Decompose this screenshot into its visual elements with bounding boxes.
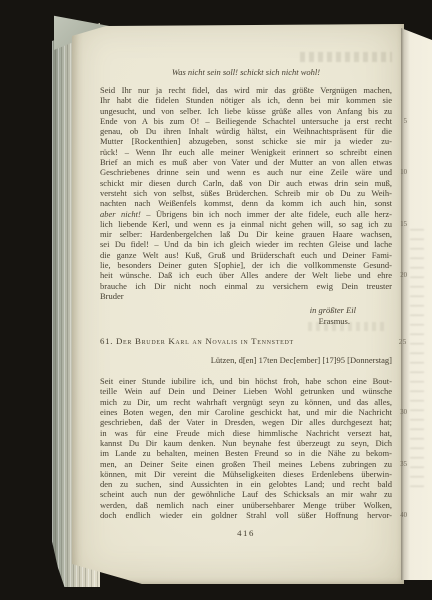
show-through-text-smudge <box>410 229 424 494</box>
text-line: Mutter [Rockenthien] abzugeben, sonst sc… <box>100 136 392 146</box>
text-line: den zu suchen, sind Aussichten in ein ge… <box>100 479 392 489</box>
line-italic-lead: aber nicht! <box>100 209 141 219</box>
line-text: rück! – Wenn Ihr euch alle meiner Wenigk… <box>100 147 392 157</box>
margin-line-number: 25 <box>399 337 407 348</box>
line-text: lie, besonders Deiner guten S[ophie], de… <box>100 260 392 270</box>
text-line: Ihr habt die fidelen Stunden nötiger als… <box>100 95 392 105</box>
line-text: eines Boten wegen, den mir Caroline gesc… <box>100 407 392 417</box>
line-text: Seit einer Stunde iubilire ich, und bin … <box>100 376 392 386</box>
line-text: schickt mir diesen durch Carln, daß von … <box>100 178 392 188</box>
margin-line-number: 10 <box>400 168 407 178</box>
text-line: scheint auch nun der gewöhnliche Lauf de… <box>100 489 392 499</box>
line-text: – Übrigens bin ich noch immer der alte f… <box>141 209 392 219</box>
margin-line-number: 5 <box>404 117 407 127</box>
text-line: nachten nach Weißenfels kommst, denn da … <box>100 198 392 208</box>
text-line: im Lande zu behalten, meinen Besten Freu… <box>100 448 392 458</box>
line-text: versteht sich von selbst, süßes Brüderch… <box>100 188 392 198</box>
line-text: sei Du fidel! – Und da bin ich gleich wi… <box>100 239 392 249</box>
text-line: Bruder <box>100 291 392 301</box>
text-column: Was nicht sein soll! schickt sich nicht … <box>100 64 392 538</box>
line-text: men, an Deiner Seite einen großen Theil … <box>100 459 392 469</box>
text-line: werden, daß nemlich nach einer unüberseh… <box>100 500 392 510</box>
signature-haste-note: in größter Eil <box>100 305 392 315</box>
line-text: teille Wein auf Dein und Deiner Lieben W… <box>100 386 392 396</box>
line-text: kannst Du Dir kaum denken. Nun beynahe f… <box>100 438 392 448</box>
text-line: Brief an mich es muß aber von Vater und … <box>100 157 392 167</box>
line-text: doch endlich wieder ein goldner Strahl v… <box>100 510 392 520</box>
line-text: mir selber: Hardenbergelchen laß Du Dir … <box>100 229 392 239</box>
text-line: lich liebende Kerl, und wenn es ja einma… <box>100 219 392 229</box>
margin-line-number: 20 <box>400 271 407 281</box>
text-line: aber nicht! – Übrigens bin ich noch imme… <box>100 209 392 219</box>
line-text: Ihr habt die fidelen Stunden nötiger als… <box>100 95 392 105</box>
text-line: heit wünsche. Daß ich euch über Alles an… <box>100 270 392 280</box>
text-line: men, an Deiner Seite einen großen Theil … <box>100 459 392 469</box>
line-text: Seid Ihr nur ja recht fidel, das wird mi… <box>100 85 392 95</box>
facing-page-edge <box>401 24 432 580</box>
line-text: Geschriebenes drinne sein und wenn es au… <box>100 167 392 177</box>
text-line: in was für eine Freude mich diese himmli… <box>100 428 392 438</box>
line-text: heit wünsche. Daß ich euch über Alles an… <box>100 270 392 280</box>
text-line: eines Boten wegen, den mir Caroline gesc… <box>100 407 392 417</box>
letter-60-body: Seid Ihr nur ja recht fidel, das wird mi… <box>100 85 392 301</box>
text-line: ungesucht, und von selber. Ich liebe küs… <box>100 106 392 116</box>
text-line: brauche ich Dir nicht noch einmal zu ver… <box>100 281 392 291</box>
line-text: die ganze Welt aus! Kuß, Gruß und Brüder… <box>100 250 392 260</box>
line-text: nachten nach Weißenfels kommst, denn da … <box>100 198 392 208</box>
text-line: können, mit Dir vereint die Mühseligkeit… <box>100 469 392 479</box>
line-text: den zu suchen, sind Aussichten in ein ge… <box>100 479 392 489</box>
text-line: kannst Du Dir kaum denken. Nun beynahe f… <box>100 438 392 448</box>
line-text: scheint auch nun der gewöhnliche Lauf de… <box>100 489 392 499</box>
text-line: Seid Ihr nur ja recht fidel, das wird mi… <box>100 85 392 95</box>
text-line: Seit einer Stunde iubilire ich, und bin … <box>100 376 392 386</box>
text-line: lie, besonders Deiner guten S[ophie], de… <box>100 260 392 270</box>
text-line: die ganze Welt aus! Kuß, Gruß und Brüder… <box>100 250 392 260</box>
letter-61-body: Seit einer Stunde iubilire ich, und bin … <box>100 376 392 520</box>
text-line: genau, ob Du ihren Inhalt würdig hältst,… <box>100 126 392 136</box>
signature-name: Erasmus. <box>100 316 392 326</box>
line-text: Mutter [Rockenthien] abzugeben, sonst sc… <box>100 136 392 146</box>
letter-61-heading-text: 61. Der Bruder Karl an Novalis in Tennst… <box>100 336 294 346</box>
page-number: 416 <box>100 528 392 538</box>
text-line: mich zu Dir, um recht wahrhaft vergnügt … <box>100 397 392 407</box>
margin-line-number: 15 <box>400 220 407 230</box>
motto-line: Was nicht sein soll! schickt sich nicht … <box>100 67 392 77</box>
text-line: schickt mir diesen durch Carln, daß von … <box>100 178 392 188</box>
line-text: im Lande zu behalten, meinen Besten Freu… <box>100 448 392 458</box>
text-line: versteht sich von selbst, süßes Brüderch… <box>100 188 392 198</box>
line-text: Ende von A bis zum O! – Beiliegende Scha… <box>100 116 392 126</box>
text-line: Ende von A bis zum O! – Beiliegende Scha… <box>100 116 392 126</box>
line-text: können, mit Dir vereint die Mühseligkeit… <box>100 469 392 479</box>
margin-line-number: 35 <box>400 460 407 470</box>
margin-line-number: 30 <box>400 408 407 418</box>
text-line: doch endlich wieder ein goldner Strahl v… <box>100 510 392 520</box>
text-line: sei Du fidel! – Und da bin ich gleich wi… <box>100 239 392 249</box>
line-text: Bruder <box>100 291 124 301</box>
line-text: geschrieben, daß der Vater in Dresden, w… <box>100 417 392 427</box>
line-text: brauche ich Dir nicht noch einmal zu ver… <box>100 281 392 291</box>
text-line: Geschriebenes drinne sein und wenn es au… <box>100 167 392 177</box>
text-line: teille Wein auf Dein und Deiner Lieben W… <box>100 386 392 396</box>
text-line: mir selber: Hardenbergelchen laß Du Dir … <box>100 229 392 239</box>
text-line: rück! – Wenn Ihr euch alle meiner Wenigk… <box>100 147 392 157</box>
letter-61-dateline: Lützen, d[en] 17ten Dec[ember] [17]95 [D… <box>100 355 392 365</box>
line-text: Brief an mich es muß aber von Vater und … <box>100 157 392 167</box>
line-text: lich liebende Kerl, und wenn es ja einma… <box>100 219 392 229</box>
letter-61-heading: 61. Der Bruder Karl an Novalis in Tennst… <box>100 336 392 347</box>
line-text: ungesucht, und von selber. Ich liebe küs… <box>100 106 392 116</box>
book-scan: Was nicht sein soll! schickt sich nicht … <box>0 0 432 600</box>
line-text: in was für eine Freude mich diese himmli… <box>100 428 392 438</box>
line-text: mich zu Dir, um recht wahrhaft vergnügt … <box>100 397 392 407</box>
line-text: genau, ob Du ihren Inhalt würdig hältst,… <box>100 126 392 136</box>
text-line: geschrieben, daß der Vater in Dresden, w… <box>100 417 392 427</box>
margin-line-number: 40 <box>400 511 407 521</box>
line-text: werden, daß nemlich nach einer unüberseh… <box>100 500 392 510</box>
